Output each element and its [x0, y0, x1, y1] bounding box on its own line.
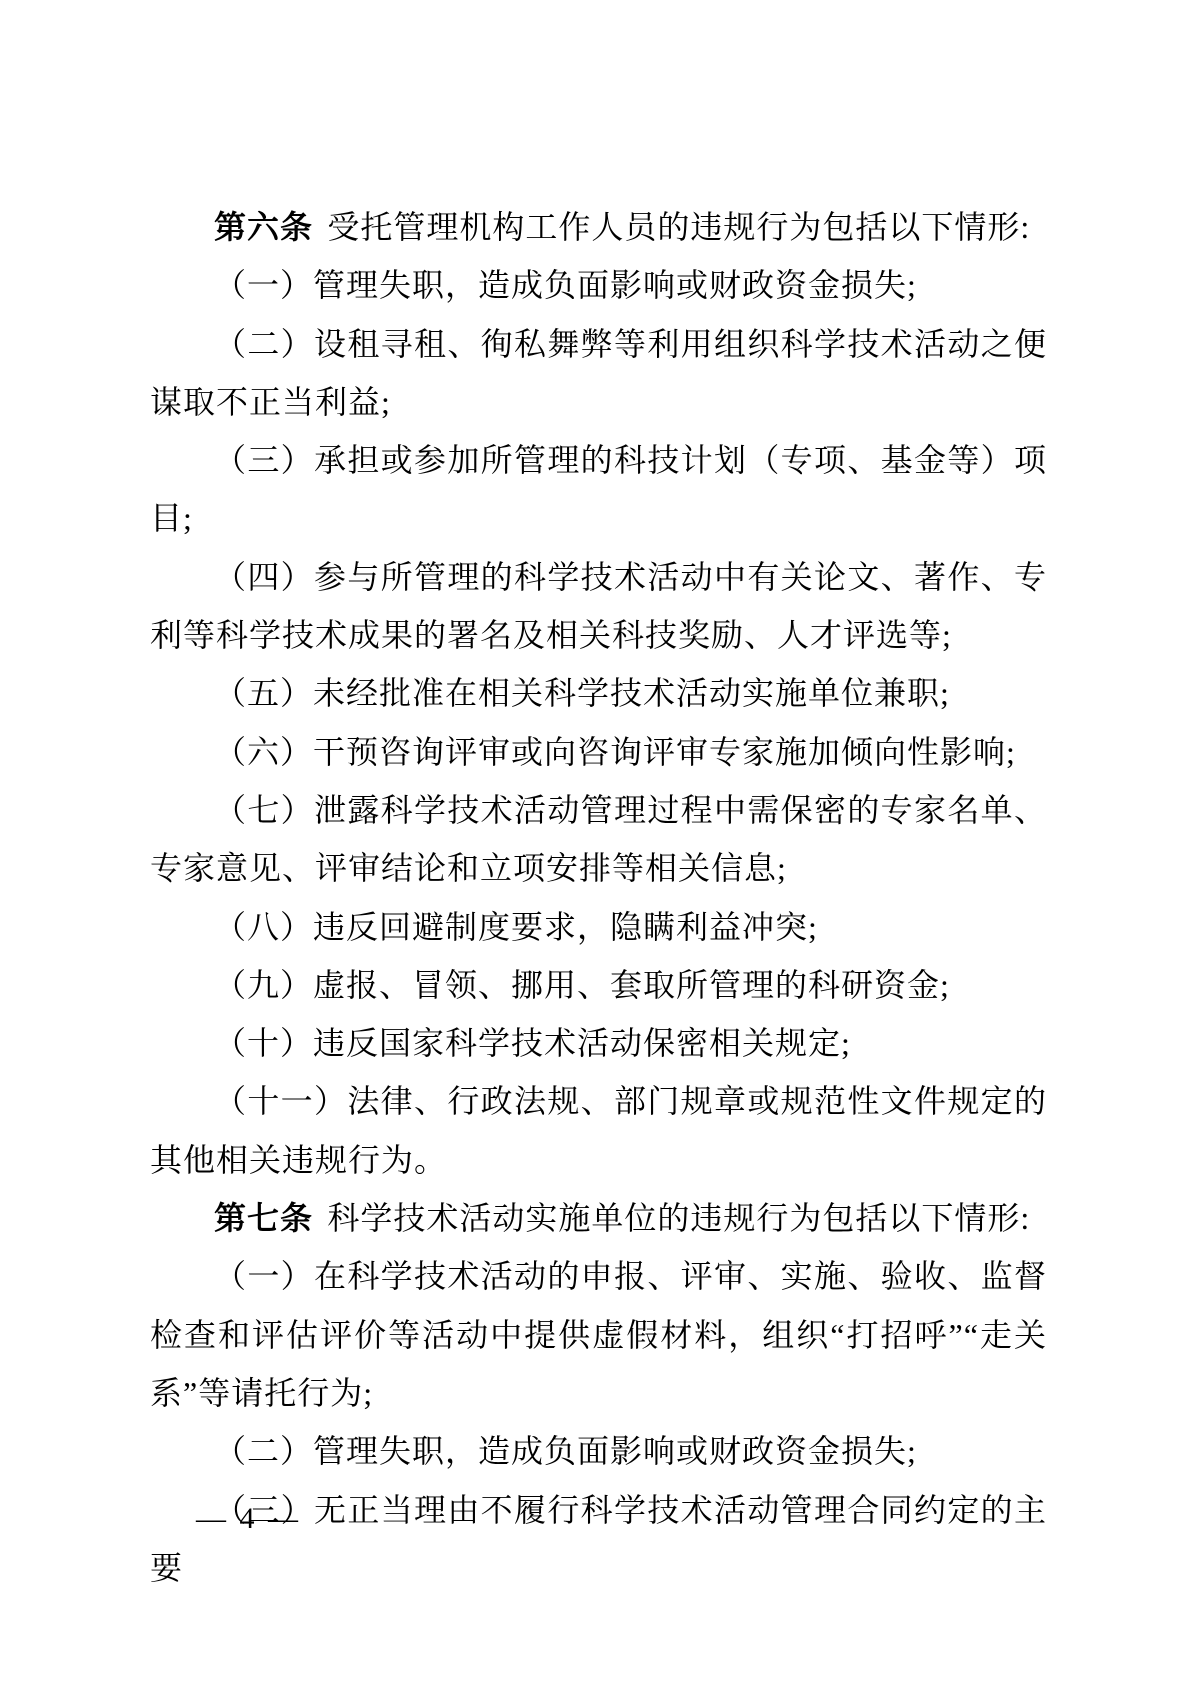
paragraph: （三）承担或参加所管理的科技计划（专项、基金等）项目; — [150, 431, 1047, 548]
paragraph: （二）设租寻租、徇私舞弊等利用组织科学技术活动之便谋取不正当利益; — [150, 315, 1047, 432]
document-page: 第六条受托管理机构工作人员的违规行为包括以下情形:（一）管理失职，造成负面影响或… — [0, 0, 1191, 1684]
paragraph: （九）虚报、冒领、挪用、套取所管理的科研资金; — [150, 956, 1047, 1014]
paragraph: （八）违反回避制度要求，隐瞒利益冲突; — [150, 898, 1047, 956]
paragraph: （二）管理失职，造成负面影响或财政资金损失; — [150, 1422, 1047, 1480]
paragraph: 第六条受托管理机构工作人员的违规行为包括以下情形: — [150, 198, 1047, 256]
paragraph: （三）无正当理由不履行科学技术活动管理合同约定的主要 — [150, 1481, 1047, 1598]
page-number: — 4 — — [196, 1502, 301, 1536]
paragraph: （六）干预咨询评审或向咨询评审专家施加倾向性影响; — [150, 723, 1047, 781]
article-number: 第六条 — [214, 209, 313, 245]
paragraph: （五）未经批准在相关科学技术活动实施单位兼职; — [150, 664, 1047, 722]
document-body: 第六条受托管理机构工作人员的违规行为包括以下情形:（一）管理失职，造成负面影响或… — [150, 198, 1047, 1597]
paragraph: 第七条科学技术活动实施单位的违规行为包括以下情形: — [150, 1189, 1047, 1247]
paragraph: （十一）法律、行政法规、部门规章或规范性文件规定的其他相关违规行为。 — [150, 1072, 1047, 1189]
paragraph: （一）在科学技术活动的申报、评审、实施、验收、监督检查和评估评价等活动中提供虚假… — [150, 1247, 1047, 1422]
paragraph: （一）管理失职，造成负面影响或财政资金损失; — [150, 256, 1047, 314]
article-number: 第七条 — [214, 1200, 313, 1236]
paragraph: （十）违反国家科学技术活动保密相关规定; — [150, 1014, 1047, 1072]
paragraph: （四）参与所管理的科学技术活动中有关论文、著作、专利等科学技术成果的署名及相关科… — [150, 548, 1047, 665]
paragraph: （七）泄露科学技术活动管理过程中需保密的专家名单、专家意见、评审结论和立项安排等… — [150, 781, 1047, 898]
